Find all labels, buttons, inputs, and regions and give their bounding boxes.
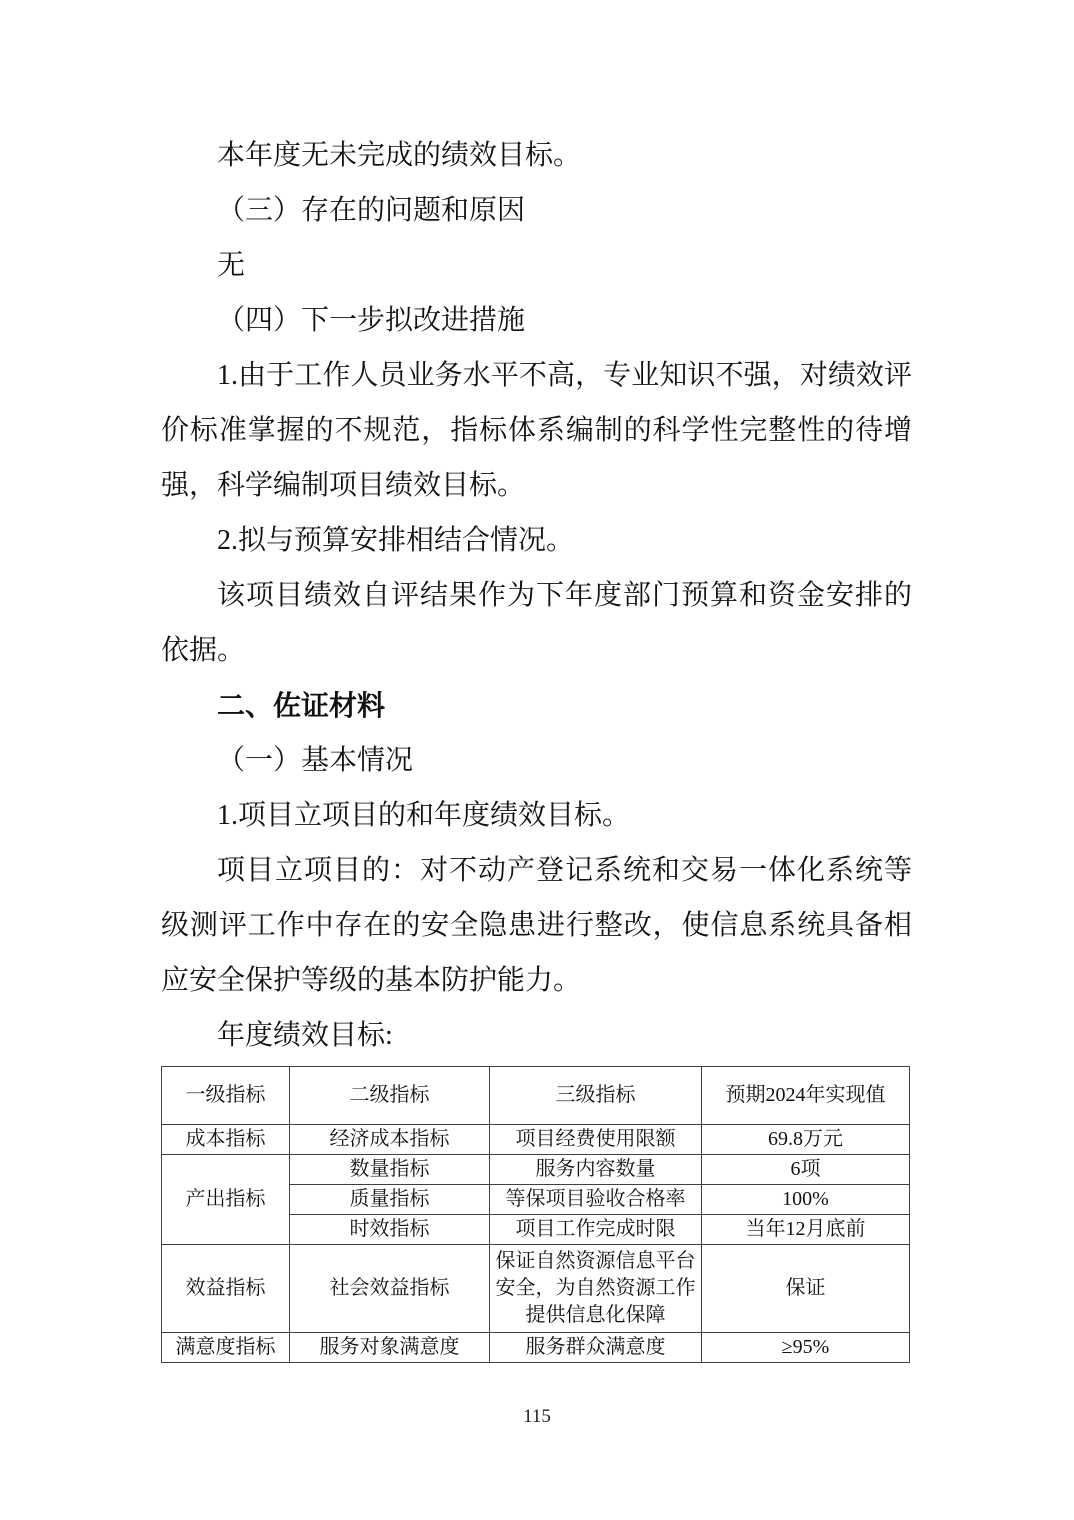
table-cell: 经济成本指标 [290,1125,490,1155]
table-cell: 满意度指标 [162,1333,290,1363]
table-cell: 项目经费使用限额 [490,1125,702,1155]
table-header-cell: 二级指标 [290,1067,490,1125]
table-row: 产出指标 数量指标 服务内容数量 6项 [162,1155,910,1185]
paragraph-budget-link: 该项目绩效自评结果作为下年度部门预算和资金安排的依据。 [161,568,912,678]
section-4-heading: （四）下一步拟改进措施 [161,293,912,348]
subsection-1-heading: （一）基本情况 [161,733,912,788]
section-3-heading: （三）存在的问题和原因 [161,183,912,238]
table-cell: 数量指标 [290,1155,490,1185]
paragraph-improvement-1: 1.由于工作人员业务水平不高，专业知识不强，对绩效评价标准掌握的不规范，指标体系… [161,348,912,513]
table-caption: 年度绩效目标: [161,1008,912,1063]
table-cell: 质量指标 [290,1185,490,1215]
table-cell: 效益指标 [162,1245,290,1333]
performance-target-table: 一级指标 二级指标 三级指标 预期2024年实现值 成本指标 经济成本指标 项目… [161,1066,910,1363]
table-cell: 成本指标 [162,1125,290,1155]
page-number: 115 [0,1406,1074,1428]
table-cell: 当年12月底前 [702,1215,910,1245]
table-cell: 服务内容数量 [490,1155,702,1185]
table-cell: 保证自然资源信息平台安全，为自然资源工作提供信息化保障 [490,1245,702,1333]
table-cell: 服务对象满意度 [290,1333,490,1363]
table-cell: 等保项目验收合格率 [490,1185,702,1215]
table-cell: 服务群众满意度 [490,1333,702,1363]
table-cell: 100% [702,1185,910,1215]
document-page: 本年度无未完成的绩效目标。 （三）存在的问题和原因 无 （四）下一步拟改进措施 … [0,0,1074,1520]
table-cell: 6项 [702,1155,910,1185]
table-row: 满意度指标 服务对象满意度 服务群众满意度 ≥95% [162,1333,910,1363]
table-cell: 项目工作完成时限 [490,1215,702,1245]
table-header-cell: 三级指标 [490,1067,702,1125]
table-cell: ≥95% [702,1333,910,1363]
paragraph-no-unfinished-targets: 本年度无未完成的绩效目标。 [161,128,912,183]
table-cell: 时效指标 [290,1215,490,1245]
page-content: 本年度无未完成的绩效目标。 （三）存在的问题和原因 无 （四）下一步拟改进措施 … [161,128,912,1363]
table-header-row: 一级指标 二级指标 三级指标 预期2024年实现值 [162,1067,910,1125]
paragraph-item-1: 1.项目立项目的和年度绩效目标。 [161,788,912,843]
table-row: 成本指标 经济成本指标 项目经费使用限额 69.8万元 [162,1125,910,1155]
paragraph-project-purpose: 项目立项目的：对不动产登记系统和交易一体化系统等级测评工作中存在的安全隐患进行整… [161,843,912,1008]
table-header-cell: 预期2024年实现值 [702,1067,910,1125]
table-header-cell: 一级指标 [162,1067,290,1125]
table-cell: 69.8万元 [702,1125,910,1155]
table-cell: 保证 [702,1245,910,1333]
table-row: 效益指标 社会效益指标 保证自然资源信息平台安全，为自然资源工作提供信息化保障 … [162,1245,910,1333]
table-cell: 产出指标 [162,1155,290,1245]
section-2-title: 二、佐证材料 [161,678,912,733]
paragraph-improvement-2: 2.拟与预算安排相结合情况。 [161,513,912,568]
paragraph-none: 无 [161,238,912,293]
table-cell: 社会效益指标 [290,1245,490,1333]
